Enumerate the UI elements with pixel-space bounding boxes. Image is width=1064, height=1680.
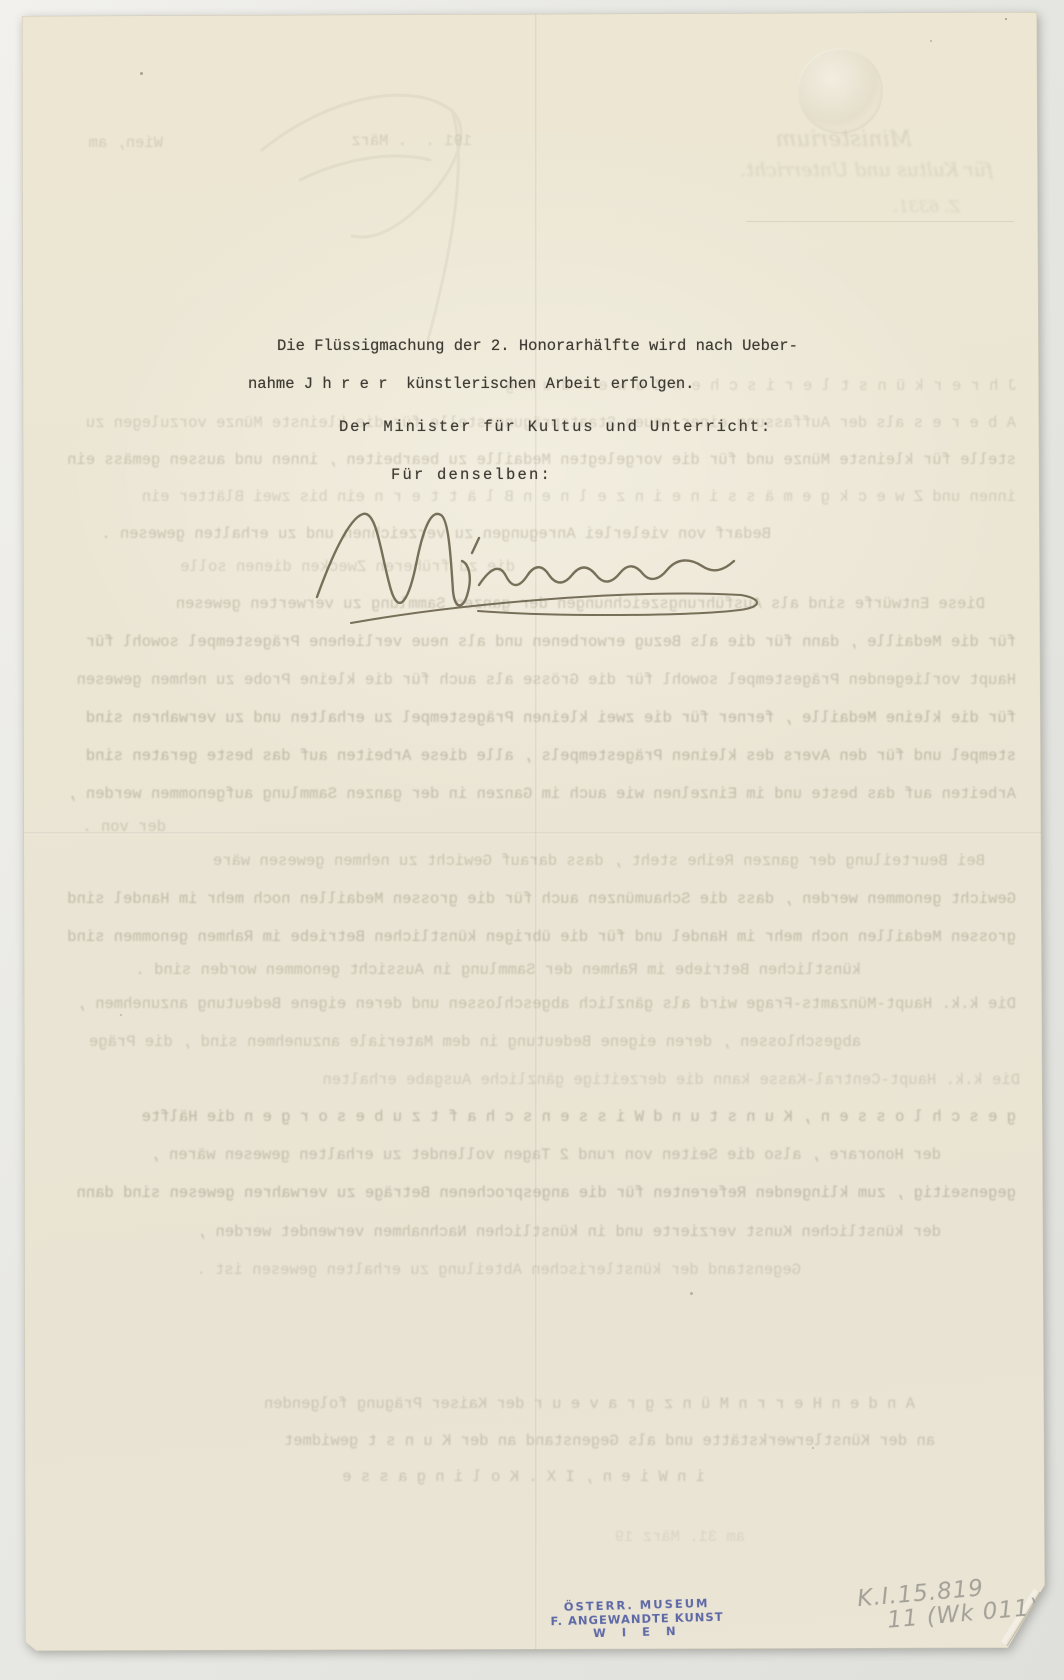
museum-ink-stamp: ÖSTERR. MUSEUM F. ANGEWANDTE KUNST W I E… [527,1596,748,1642]
verso-bleed-line: der künstlichen Kunst verzierte und in k… [36,1222,941,1242]
verso-bleed-line: Bei Beurteilung der ganzen Reihe steht ,… [140,851,985,871]
dust-speck [1005,18,1007,20]
verso-bleed-line: Wien, am [88,133,163,153]
verso-bleed-line: A n d e n H e r r n M ü n z g r a v e u … [150,1394,915,1414]
verso-bleed-line: innen und Z w e c k g e m ä s s i n e i … [36,487,1016,507]
verso-bleed-line: für Kultus und Unterricht. [698,160,993,180]
verso-bleed-line: gegenseitig , zum klingenden Referenten … [36,1183,1016,1203]
verso-bleed-line: künstlichen Betriebe im Rahmen der Samml… [36,960,861,980]
dust-speck [140,72,143,75]
typed-line-3: Der Minister für Kultus und Unterricht: [339,415,772,439]
verso-bleed-line: abgeschlossen , deren eigene Bedeutung i… [36,1032,861,1052]
letterhead-rule-bleed [746,221,1014,222]
verso-bleed-line: für die Medaille , dann für die als Bezu… [36,632,1016,652]
fold-crease-vertical [535,0,538,1680]
verso-bleed-line: Haupt vorliegenden Prägestempel sowohl f… [36,670,1016,690]
dust-speck [690,1292,693,1295]
verso-bleed-line: Bedarf von vielerlei Anregungen zu verze… [36,524,771,544]
typed-line-2: nahme J h r e r künstlerischen Arbeit er… [248,372,694,396]
verso-bleed-line: Gegenstand der künstlerischen Abteilung … [36,1260,801,1280]
verso-bleed-line: g e s c h l o s s e n , K u n s t u n d … [36,1107,1016,1127]
verso-bleed-line: Die k.k. Haupt-Central-Kasse kann die de… [230,1070,1020,1090]
verso-bleed-line: 191 . [424,131,472,151]
verso-bleed-line: Gewicht genommen werden , dass die Schau… [36,889,1016,909]
paper-shadow-wrap: Wien, am. März191 .Ministeriumfür Kultus… [0,0,1064,1680]
typed-line-4: Für denselben: [391,463,552,487]
verso-bleed-line: Diese Entwürfe sind als Ausführungszeich… [140,594,985,614]
paper-sheet: Wien, am. März191 .Ministeriumfür Kultus… [0,0,1064,1680]
verso-bleed-line: Z. 6331. [760,197,960,217]
dust-speck [930,40,932,42]
verso-bleed-line: stempel und für den Avers des kleinen Pr… [36,746,1016,766]
verso-bleed-line: i n W i e n , I X . K o l i n g a s s e [230,1467,705,1487]
verso-bleed-line: die zu früheren Zwecken dienen sollen . [180,557,515,577]
fold-crease-horizontal [0,832,1064,835]
verso-bleedthrough-layer: Wien, am. März191 .Ministeriumfür Kultus… [0,0,1064,1680]
verso-bleed-line: grossen Medaillen noch mehr im Handel un… [36,927,1016,947]
verso-bleed-line: Die k.k. Haupt-Münzamts-Frage wird als g… [36,994,1016,1014]
dust-speck [812,1447,814,1449]
verso-bleed-line: für die kleine Medaille , ferner für die… [36,708,1016,728]
verso-bleed-line: Arbeiten auf das beste und im Einzelnen … [36,784,1016,804]
verso-bleed-line: Ministerium [742,130,912,150]
dust-speck [120,1014,122,1016]
verso-bleed-line: der Honorare , also die Seiten von rund … [36,1145,941,1165]
verso-bleed-line: am 31. März 19 [560,1527,745,1547]
verso-bleed-line: . März [345,131,407,151]
typed-line-1: Die Flüssigmachung der 2. Honorarhälfte … [277,334,798,358]
scanned-letter-page: Wien, am. März191 .Ministeriumfür Kultus… [0,0,1064,1680]
